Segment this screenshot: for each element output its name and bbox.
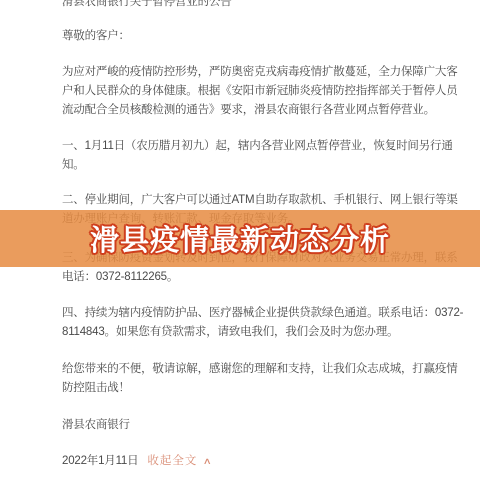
post-date: 2022年1月11日 [62,452,138,471]
announcement-title: 滑县农商银行关于暂停营业的公告 [62,0,464,12]
text-line: 8114843。如果您有贷款需求，请致电我们，我们会及时为您办理。 [62,323,464,342]
text-line: 四、持续为辖内疫情防护品、医疗器械企业提供贷款绿色通道。联系电话：0372- [62,304,464,323]
greeting: 尊敬的客户： [62,27,464,46]
collapse-label: 收起全文 [147,452,197,471]
collapse-full-text-button[interactable]: 收起全文 ∧ [147,452,211,471]
overlay-banner: 滑县疫情最新动态分析 [0,210,480,267]
text-line: 二、停业期间，广大客户可以通过ATM自助存取款机、手机银行、网上银行等渠 [62,191,464,210]
text-line: 知。 [62,156,464,175]
chevron-up-icon: ∧ [203,452,212,471]
signature: 滑县农商银行 [62,416,464,435]
text-line: 户和人民群众的身体健康。根据《安阳市新冠肺炎疫情防控指挥部关于暂停人员 [62,82,464,101]
text-line: 电话：0372-8112265。 [62,268,464,287]
text-line: 给您带来的不便，敬请谅解，感谢您的理解和支持，让我们众志成城，打赢疫情 [62,360,464,379]
closing-paragraph: 给您带来的不便，敬请谅解，感谢您的理解和支持，让我们众志成城，打赢疫情 防控阻击… [62,360,464,398]
item-1: 一、1月11日（农历腊月初九）起，辖内各营业网点暂停营业，恢复时间另行通 知。 [62,137,464,175]
text-line: 防控阻击战！ [62,379,464,398]
item-4: 四、持续为辖内疫情防护品、医疗器械企业提供贷款绿色通道。联系电话：0372- 8… [62,304,464,342]
text-line: 为应对严峻的疫情防控形势，严防奥密克戎病毒疫情扩散蔓延，全力保障广大客 [62,63,464,82]
footer-dateline: 2022年1月11日 收起全文 ∧ [62,452,464,471]
intro-paragraph: 为应对严峻的疫情防控形势，严防奥密克戎病毒疫情扩散蔓延，全力保障广大客 户和人民… [62,63,464,120]
text-line: 一、1月11日（农历腊月初九）起，辖内各营业网点暂停营业，恢复时间另行通 [62,137,464,156]
overlay-banner-title: 滑县疫情最新动态分析 [90,218,390,259]
text-line: 流动配合全员核酸检测的通告》要求，滑县农商银行各营业网点暂停营业。 [62,101,464,120]
announcement-page: { "page": { "background": "#ffffff", "te… [0,0,480,480]
